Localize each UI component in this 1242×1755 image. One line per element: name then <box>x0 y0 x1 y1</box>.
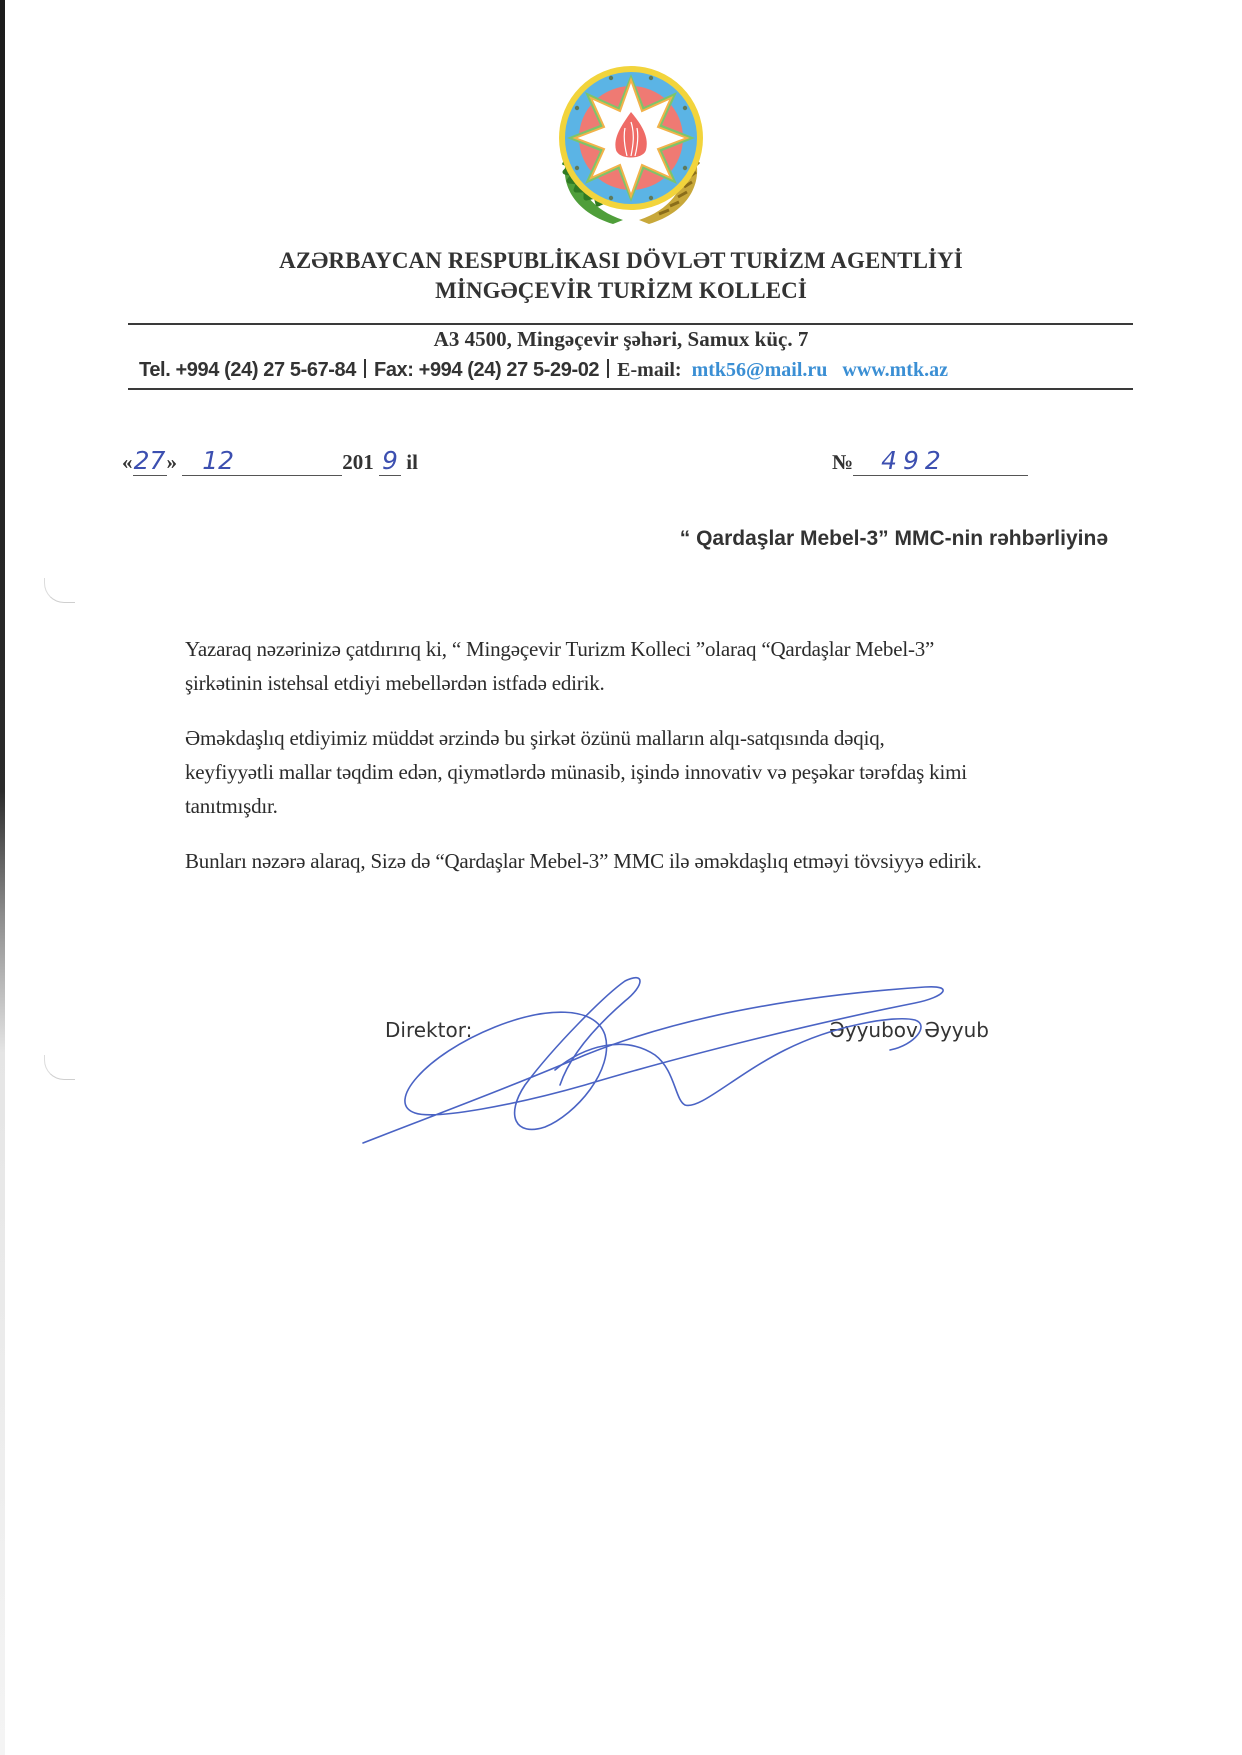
paragraph-line: Əməkdaşlıq etdiyimiz müddət ərzində bu ş… <box>185 721 1160 755</box>
contact-line: Tel. +994 (24) 27 5-67-84Fax: +994 (24) … <box>139 359 948 382</box>
handwritten-signature <box>355 975 945 1145</box>
year-blank: 9 <box>379 446 401 476</box>
document-number-field: №492 <box>832 446 1028 476</box>
paragraph-line: Bunları nəzərə alaraq, Sizə də “Qardaşla… <box>185 844 1160 878</box>
close-quote: » <box>167 450 178 474</box>
day-blank: 27 <box>133 446 167 476</box>
paragraph-line: tanıtmışdır. <box>185 789 1160 823</box>
header-divider <box>128 388 1133 390</box>
date-field: «27» 12201 9 il <box>122 446 418 476</box>
email-link[interactable]: mtk56@mail.ru <box>692 359 828 381</box>
college-name: MİNGƏÇEVİR TURİZM KOLLECİ <box>0 278 1242 304</box>
website-link[interactable]: www.mtk.az <box>842 359 948 381</box>
azerbaijan-state-emblem-icon <box>553 62 709 230</box>
header-divider <box>128 323 1133 325</box>
paragraph-line: keyfiyyətli mallar təqdim edən, qiymətlə… <box>185 755 1160 789</box>
handwritten-day: 27 <box>134 446 166 475</box>
separator <box>364 359 366 378</box>
paragraph-2: Əməkdaşlıq etdiyimiz müddət ərzində bu ş… <box>185 721 1160 823</box>
separator <box>607 359 609 378</box>
month-blank: 12 <box>182 446 342 476</box>
number-blank: 492 <box>853 446 1028 476</box>
handwritten-year-digit: 9 <box>382 446 398 475</box>
punch-hole-mark <box>44 1055 75 1080</box>
paragraph-line: şirkətinin istehsal etdiyi mebellərdən i… <box>185 666 1160 700</box>
organization-name: AZƏRBAYCAN RESPUBLİKASI DÖVLƏT TURİZM AG… <box>0 248 1242 274</box>
punch-hole-mark <box>44 578 75 603</box>
paragraph-3: Bunları nəzərə alaraq, Sizə də “Qardaşla… <box>185 844 1160 878</box>
fax: Fax: +994 (24) 27 5-29-02 <box>374 359 599 381</box>
email-label: E-mail: <box>617 359 681 381</box>
open-quote: « <box>122 450 133 474</box>
telephone: Tel. +994 (24) 27 5-67-84 <box>139 359 356 381</box>
postal-address: A3 4500, Mingəçevir şəhəri, Samux küç. 7 <box>0 327 1242 352</box>
year-prefix: 201 <box>342 450 374 474</box>
handwritten-month: 12 <box>202 446 234 475</box>
handwritten-number: 492 <box>881 446 947 475</box>
addressee: “ Qardaşlar Mebel-3” MMC-nin rəhbərliyin… <box>680 527 1108 551</box>
number-label: № <box>832 450 853 474</box>
paragraph-line: Yazaraq nəzərinizə çatdırırıq ki, “ Ming… <box>185 632 1160 666</box>
year-unit: il <box>406 450 418 474</box>
paragraph-1: Yazaraq nəzərinizə çatdırırıq ki, “ Ming… <box>185 632 1160 700</box>
